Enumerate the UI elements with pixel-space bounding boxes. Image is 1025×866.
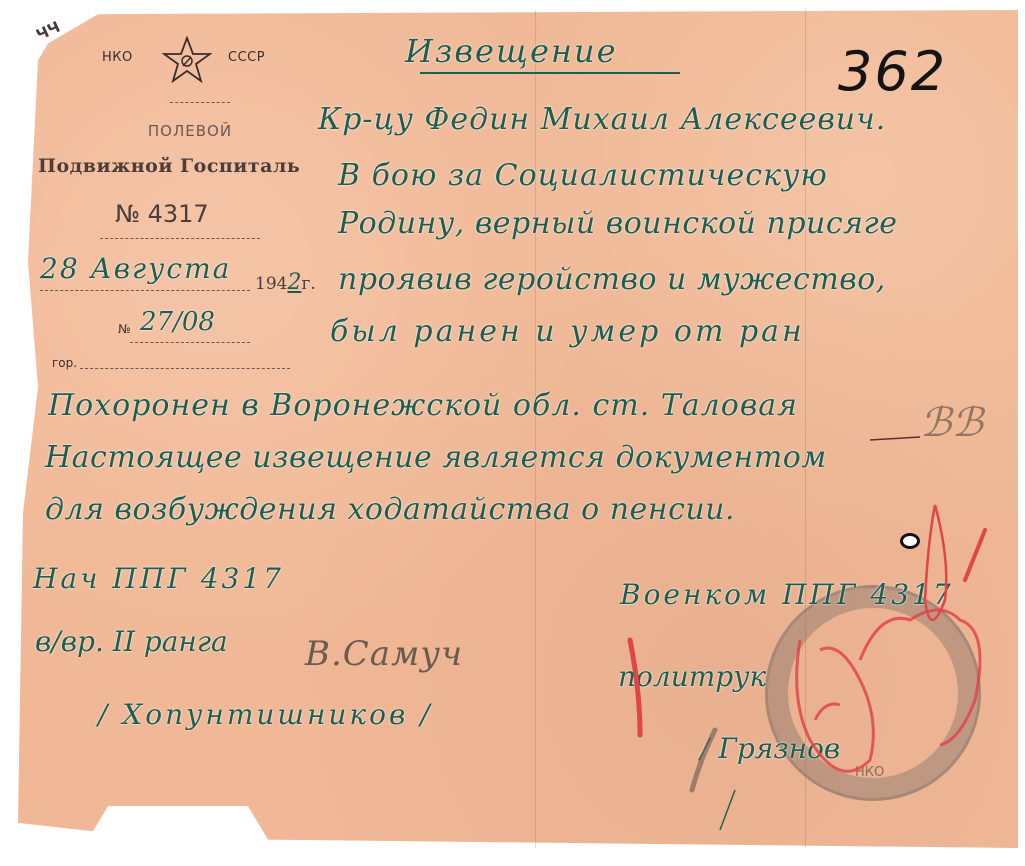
pencil-annotation: ℬℬ	[920, 400, 983, 446]
year-handwritten: 2	[287, 270, 301, 295]
date-rule	[40, 290, 250, 291]
signatory-left-name: / Хопунтишников /	[98, 698, 433, 731]
org-left-label: НКО	[102, 50, 133, 65]
stamp-subtitle: Подвижной Госпиталь	[38, 155, 338, 177]
signature-left: В.Самуч	[305, 634, 463, 674]
city-rule	[80, 368, 290, 369]
registration-number: 27/08	[140, 307, 215, 337]
signatory-left-rank: в/вр. II ранга	[35, 625, 228, 658]
date-handwritten: 28 Августа	[40, 252, 231, 285]
archive-number: 362	[838, 40, 947, 103]
body-line: Кр-цу Федин Михаил Алексеевич.	[318, 102, 886, 137]
year-printed: 194	[255, 274, 287, 294]
body-line: был ранен и умер от ран	[330, 314, 805, 349]
signatory-left-title: Нач ППГ 4317	[33, 562, 284, 595]
body-line: В бою за Социалистическую	[338, 158, 828, 193]
registration-prefix: №	[118, 322, 130, 336]
org-right-label: СССР	[228, 50, 265, 65]
signatory-right-rank: политрук	[618, 660, 766, 693]
year-suffix: г.	[301, 274, 315, 294]
signatory-right-name: / Грязнов	[700, 732, 840, 765]
document-title: Извещение	[405, 32, 618, 70]
body-line: Родину, верный воинской присяге	[338, 206, 897, 241]
registration-rule	[130, 342, 250, 343]
stamp-rule	[100, 238, 260, 239]
star-hammer-sickle-icon	[162, 35, 212, 85]
body-line: для возбуждения ходатайства о пенсии.	[45, 492, 735, 527]
body-line: Настоящее извещение является документом	[45, 440, 827, 475]
date-year: 1942г.	[255, 270, 316, 295]
body-line: Похоронен в Воронежской обл. ст. Таловая	[48, 388, 798, 423]
stamp-number: № 4317	[115, 200, 209, 228]
signatory-right-title: Военком ППГ 4317	[620, 578, 954, 611]
stamp-title: ПОЛЕВОЙ	[110, 122, 270, 140]
city-label: гор.	[52, 356, 77, 370]
ink-blot	[900, 533, 920, 549]
title-underline	[420, 72, 680, 74]
seal-text: НКО	[855, 765, 884, 780]
header-rule	[170, 102, 230, 103]
body-line: проявив геройство и мужество,	[338, 262, 886, 297]
